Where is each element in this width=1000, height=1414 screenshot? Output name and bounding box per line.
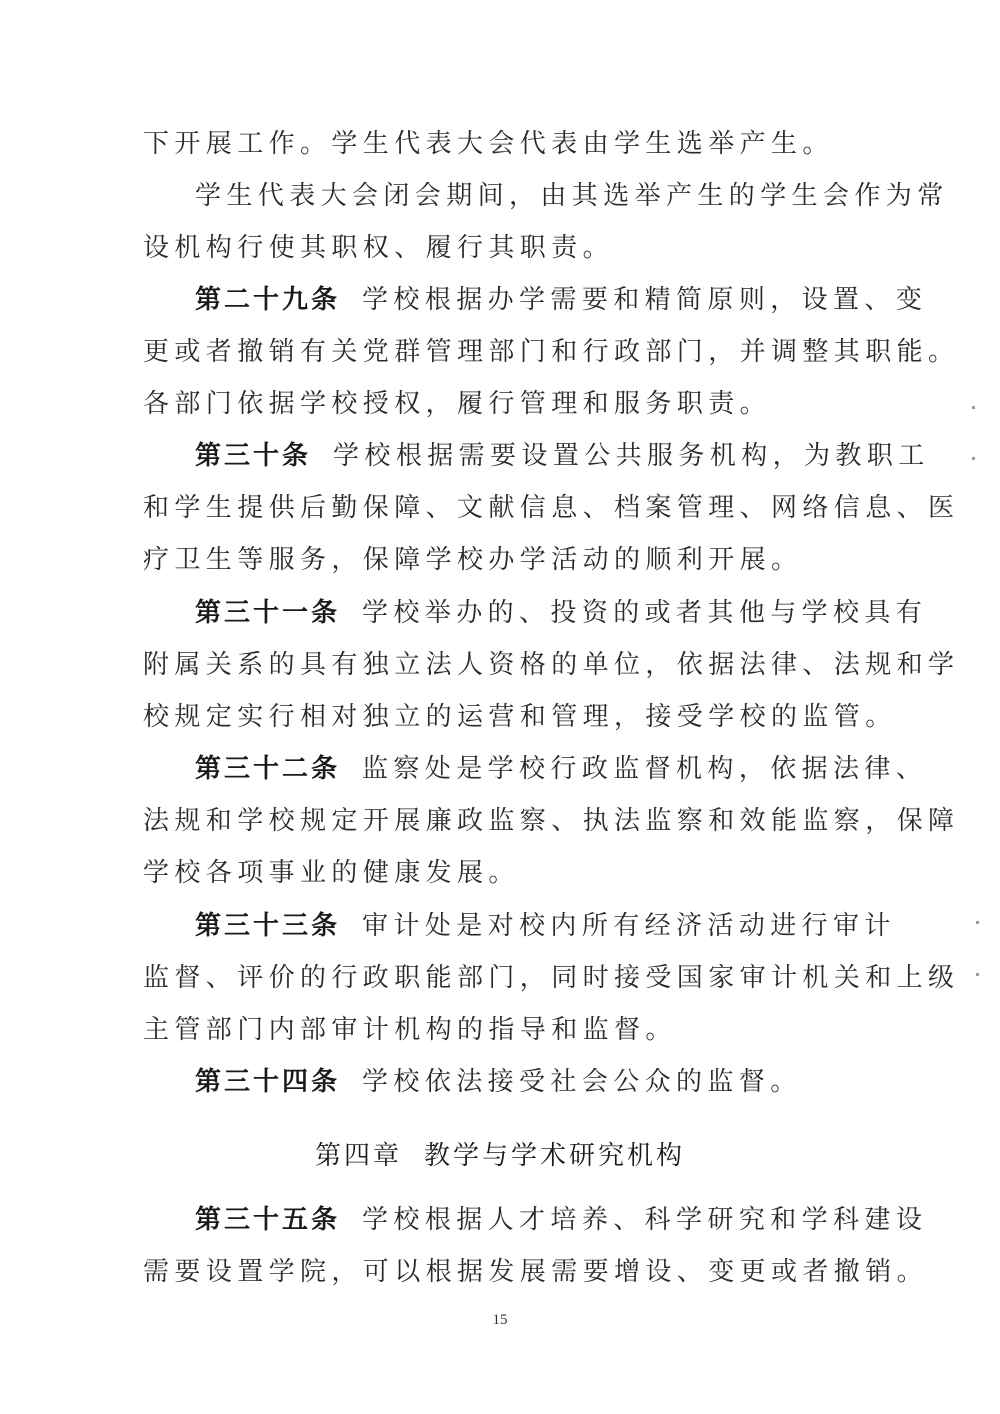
chapter-title: 教学与学术研究机构 xyxy=(424,1141,685,1171)
article-number: 第三十条 xyxy=(195,441,311,471)
text-line: 法规和学校规定开展廉政监察、执法监察和效能监察，保障 xyxy=(143,805,843,837)
text-line: 学校各项事业的健康发展。 xyxy=(143,857,843,889)
page-number: 15 xyxy=(0,1312,1000,1329)
text-line: 各部门依据学校授权，履行管理和服务职责。 xyxy=(143,388,843,420)
article-number: 第三十二条 xyxy=(195,754,340,784)
article-30: 第三十条学校根据需要设置公共服务机构，为教职工 xyxy=(195,440,895,472)
article-number: 第二十九条 xyxy=(195,285,340,315)
article-text: 审计处是对校内所有经济活动进行审计 xyxy=(362,911,896,941)
text-line: 主管部门内部审计机构的指导和监督。 xyxy=(143,1014,843,1046)
article-34: 第三十四条学校依法接受社会公众的监督。 xyxy=(195,1066,895,1098)
article-text: 学校依法接受社会公众的监督。 xyxy=(362,1067,802,1097)
text-line: 附属关系的具有独立法人资格的单位，依据法律、法规和学 xyxy=(143,649,843,681)
article-text: 学校根据人才培养、科学研究和学科建设 xyxy=(362,1205,927,1235)
text-line: 学生代表大会闭会期间，由其选举产生的学生会作为常 xyxy=(195,180,895,212)
scan-artifact xyxy=(972,406,975,409)
article-number: 第三十四条 xyxy=(195,1067,340,1097)
document-page: 下开展工作。学生代表大会代表由学生选举产生。 学生代表大会闭会期间，由其选举产生… xyxy=(0,0,1000,1414)
article-number: 第三十五条 xyxy=(195,1205,340,1235)
article-35: 第三十五条学校根据人才培养、科学研究和学科建设 xyxy=(195,1204,895,1236)
scan-artifact xyxy=(976,921,979,924)
text-line: 疗卫生等服务，保障学校办学活动的顺利开展。 xyxy=(143,544,843,576)
article-text: 学校根据办学需要和精简原则，设置、变 xyxy=(362,285,927,315)
article-text: 学校举办的、投资的或者其他与学校具有 xyxy=(362,598,927,628)
text-line: 下开展工作。学生代表大会代表由学生选举产生。 xyxy=(143,128,843,160)
text-line: 更或者撤销有关党群管理部门和行政部门，并调整其职能。 xyxy=(143,336,843,368)
scan-artifact xyxy=(976,973,979,976)
article-33: 第三十三条审计处是对校内所有经济活动进行审计 xyxy=(195,910,895,942)
article-31: 第三十一条学校举办的、投资的或者其他与学校具有 xyxy=(195,597,895,629)
article-29: 第二十九条学校根据办学需要和精简原则，设置、变 xyxy=(195,284,895,316)
article-32: 第三十二条监察处是学校行政监督机构，依据法律、 xyxy=(195,753,895,785)
text-line: 和学生提供后勤保障、文献信息、档案管理、网络信息、医 xyxy=(143,492,843,524)
text-line: 校规定实行相对独立的运营和管理，接受学校的监管。 xyxy=(143,701,843,733)
chapter-number: 第四章 xyxy=(315,1141,402,1171)
article-number: 第三十一条 xyxy=(195,598,340,628)
text-line: 需要设置学院，可以根据发展需要增设、变更或者撤销。 xyxy=(143,1256,843,1288)
chapter-heading: 第四章教学与学术研究机构 xyxy=(0,1140,1000,1172)
text-line: 监督、评价的行政职能部门，同时接受国家审计机关和上级 xyxy=(143,962,843,994)
scan-artifact xyxy=(972,457,975,460)
article-text: 学校根据需要设置公共服务机构，为教职工 xyxy=(333,441,930,471)
article-number: 第三十三条 xyxy=(195,911,340,941)
article-text: 监察处是学校行政监督机构，依据法律、 xyxy=(362,754,927,784)
text-line: 设机构行使其职权、履行其职责。 xyxy=(143,232,843,264)
